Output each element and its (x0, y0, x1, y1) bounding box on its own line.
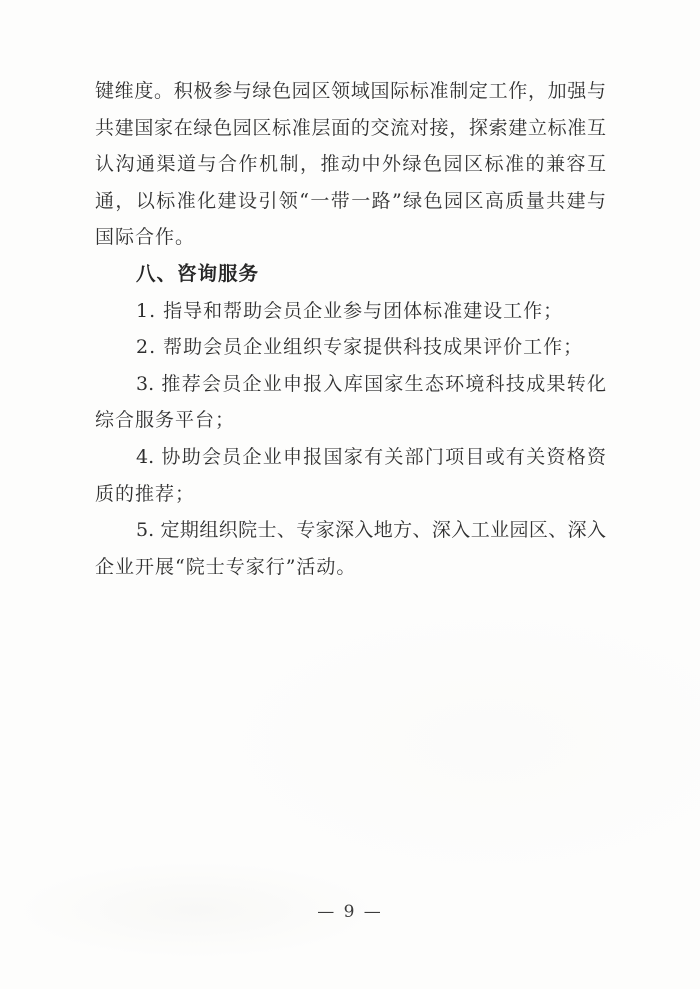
list-item-line: 4. 协助会员企业申报国家有关部门项目或有关资格资 (95, 439, 606, 476)
list-item-line: 5. 定期组织院士、专家深入地方、深入工业园区、深入 (95, 512, 606, 549)
document-page: 键维度。积极参与绿色园区领域国际标准制定工作，加强与 共建国家在绿色园区标准层面… (0, 0, 700, 989)
list-item-line: 1. 指导和帮助会员企业参与团体标准建设工作； (95, 293, 606, 330)
paragraph-line: 键维度。积极参与绿色园区领域国际标准制定工作，加强与 (95, 73, 606, 110)
document-body: 键维度。积极参与绿色园区领域国际标准制定工作，加强与 共建国家在绿色园区标准层面… (95, 73, 606, 585)
list-item-line: 质的推荐； (95, 476, 606, 513)
list-item-line: 3. 推荐会员企业申报入库国家生态环境科技成果转化 (95, 366, 606, 403)
list-item-line: 2. 帮助会员企业组织专家提供科技成果评价工作； (95, 329, 606, 366)
list-item-line: 综合服务平台； (95, 402, 606, 439)
list-item-line: 企业开展“院士专家行”活动。 (95, 549, 606, 586)
page-number: — 9 — (0, 900, 700, 924)
paragraph-line: 国际合作。 (95, 219, 606, 256)
paragraph-line: 认沟通渠道与合作机制，推动中外绿色园区标准的兼容互 (95, 146, 606, 183)
paragraph-line: 共建国家在绿色园区标准层面的交流对接，探索建立标准互 (95, 110, 606, 147)
paragraph-line: 通，以标准化建设引领“一带一路”绿色园区高质量共建与 (95, 183, 606, 220)
section-heading: 八、咨询服务 (95, 256, 606, 293)
